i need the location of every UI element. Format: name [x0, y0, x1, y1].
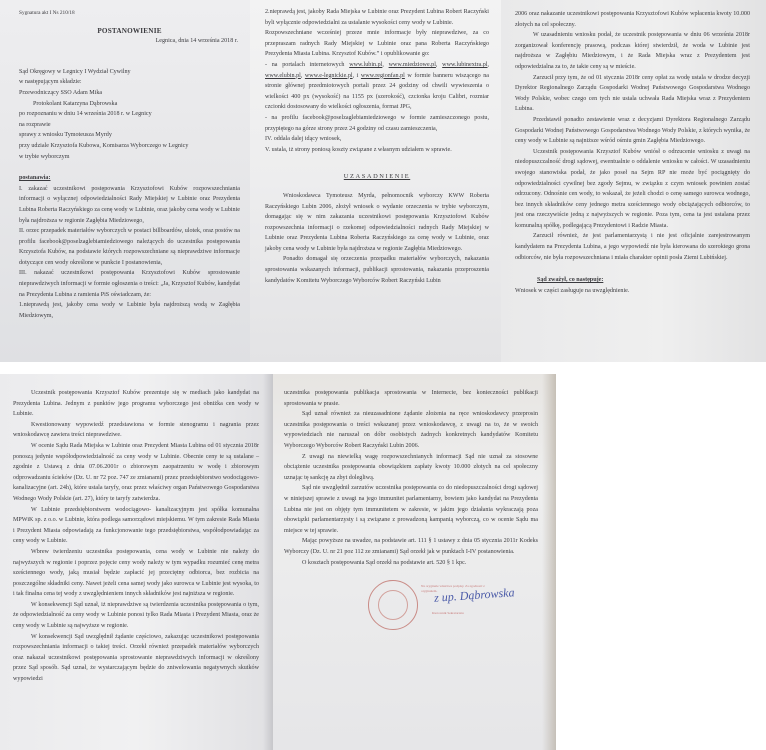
header-line: Protokolant Katarzyna Dąbrowska	[19, 99, 240, 110]
handwritten-signature: z up. Dąbrowska	[434, 587, 515, 603]
portal-link: www.e-legnickie.pl	[305, 73, 353, 79]
paragraph: W konsekwencji Sąd uwzględnił żądanie cz…	[13, 632, 259, 685]
paragraph: W Lubinie przedsiębiorstwem wodociągowo-…	[13, 505, 259, 547]
stamp-subtitle: Kierownik Sekretariatu	[432, 608, 464, 619]
decision-point: 1.nieprawdą jest, jakoby cena wody w Lub…	[19, 300, 240, 321]
paragraph: uczestnika postępowania publikacja spros…	[284, 388, 538, 409]
document-page-5: uczestnika postępowania publikacja spros…	[273, 374, 556, 750]
header-line: w następującym składzie:	[19, 77, 240, 88]
portal-link: www.elubin.pl	[265, 73, 301, 79]
paragraph: Sąd uznał również za nieuzasadnione żąda…	[284, 409, 538, 451]
paragraph: O kosztach postępowania Sąd orzekł na po…	[284, 558, 538, 569]
paragraph: Uczestnik postępowania Krzysztof Kubów p…	[13, 388, 259, 420]
decision-point: I. zakazać uczestnikowi postępowania Krz…	[19, 184, 240, 226]
header-line: sprawy z wniosku Tymoteusza Myrdy	[19, 130, 240, 141]
paragraph: Rozpowszechniane wcześniej przeze mnie i…	[265, 28, 489, 60]
header-line: w trybie wyborczym	[19, 152, 240, 163]
paragraph: Wnioskodawca Tymoteusz Myrda, pełnomocni…	[265, 191, 489, 255]
portal-link: www.lubinextra.pl	[442, 62, 487, 68]
paragraph: Uczestnik postępowania Krzysztof Kubów w…	[515, 147, 750, 232]
paragraph: Wbrew twierdzeniu uczestnika postępowani…	[13, 547, 259, 600]
paragraph: Z uwagi na niewielką wagę rozpowszechnia…	[284, 452, 538, 484]
portal-link: www.lubin.pl	[349, 62, 382, 68]
decision-point: II. orzec przepadek materiałów wyborczyc…	[19, 226, 240, 268]
header-line: Przewodniczący SSO Adam Mika	[19, 88, 240, 99]
paragraph: 2.nieprawdą jest, jakoby Rada Miejska w …	[265, 7, 489, 28]
paragraph: Sąd nie uwzględnił zarzutów uczestnika p…	[284, 483, 538, 536]
header-line: przy udziale Krzysztofa Kubowa, Komisarz…	[19, 141, 240, 152]
paragraph: Ponadto domagał się orzeczenia przepadku…	[265, 254, 489, 286]
justification-heading: UZASADNIENIE	[265, 172, 489, 183]
paragraph: W ocenie Sądu Rada Miejska w Lubinie ora…	[13, 441, 259, 505]
decision-point: III. nakazać uczestnikowi postępowania K…	[19, 268, 240, 300]
decision-point: V. ustala, iż strony poniosą koszty zwią…	[265, 145, 489, 156]
paragraph: 2006 oraz nakazanie uczestnikowi postępo…	[515, 9, 750, 30]
portals-list: - na portalach internetowych www.lubin.p…	[265, 60, 489, 113]
court-considerations-heading: Sąd zważył, co następuje:	[537, 275, 750, 286]
place-date: Legnica, dnia 14 września 2018 r.	[19, 36, 238, 47]
paragraph: Zarzucił również, że jest parlamentarzys…	[515, 231, 750, 263]
document-page-4: Uczestnik postępowania Krzysztof Kubów p…	[0, 374, 273, 750]
court-stamp-area: Na oryginale właściwe podpisy. Za zgodno…	[284, 574, 538, 654]
paragraph: Wniosek w części zasługuje na uwzględnie…	[515, 286, 750, 297]
paragraph: Kwestionowany wypowiedź przedstawiona w …	[13, 420, 259, 441]
document-title: POSTANOWIENIE	[19, 26, 240, 37]
portal-link: www.regionfan.pl	[361, 73, 405, 79]
paragraph: Zarzucił przy tym, że od 01 stycznia 201…	[515, 73, 750, 115]
court-seal-icon	[368, 580, 418, 630]
document-page-1: Sygnatura akt I Ns 210/18 POSTANOWIENIE …	[0, 0, 250, 362]
paragraph: Mając powyższe na uwadze, na podstawie a…	[284, 536, 538, 557]
paragraph: W konsekwencji Sąd uznał, iż nieprawdziw…	[13, 600, 259, 632]
portal-link: www.miedziowe.pl	[389, 62, 436, 68]
portals-prefix: - na portalach internetowych	[265, 62, 344, 68]
case-signature: Sygnatura akt I Ns 210/18	[19, 8, 240, 19]
header-line: po rozpoznaniu w dniu 14 września 2018 r…	[19, 109, 240, 120]
decision-heading: postanawia:	[19, 173, 240, 184]
paragraph: W uzasadnieniu wniosku podał, że uczestn…	[515, 30, 750, 72]
header-line: na rozprawie	[19, 120, 240, 131]
decision-point: IV. oddala dalej idący wniosek,	[265, 134, 489, 145]
court-composition: Sąd Okręgowy w Legnicy I Wydział Cywilny…	[19, 67, 240, 162]
header-line: Sąd Okręgowy w Legnicy I Wydział Cywilny	[19, 67, 240, 78]
document-page-3: 2006 oraz nakazanie uczestnikowi postępo…	[501, 0, 766, 362]
paragraph: Przedstawił ponadto zestawienie wraz z d…	[515, 115, 750, 147]
document-page-2: 2.nieprawdą jest, jakoby Rada Miejska w …	[250, 0, 501, 362]
facebook-item: - na profilu facebook@poselzaglebiamiedz…	[265, 113, 489, 134]
